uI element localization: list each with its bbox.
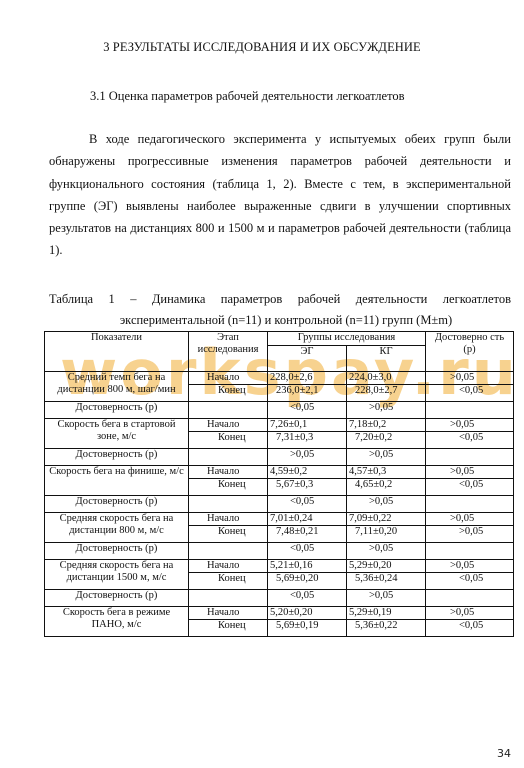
p-value-cell: >0,05	[426, 526, 514, 543]
reliability-label-cell: Достоверность (р)	[45, 543, 189, 560]
kg-value-cell: 5,36±0,24	[347, 573, 426, 590]
eg-value-cell: 236,0±2,1	[268, 385, 347, 402]
reliability-label-cell: Достоверность (р)	[45, 496, 189, 513]
eg-value-cell: 228,0±2,6	[268, 372, 347, 385]
paragraph-text: В ходе педагогического эксперимента у ис…	[49, 132, 511, 257]
document-page: 3 РЕЗУЛЬТАТЫ ИССЛЕДОВАНИЯ И ИХ ОБСУЖДЕНИ…	[0, 0, 524, 768]
section-title: 3.1 Оценка параметров рабочей деятельнос…	[90, 89, 405, 104]
eg-reliability-cell: >0,05	[268, 449, 347, 466]
kg-value-cell: 5,29±0,20	[347, 560, 426, 573]
kg-reliability-cell: >0,05	[347, 402, 426, 419]
table-row-start: Скорость бега на финише, м/сНачало4,59±0…	[45, 466, 514, 479]
table-caption-line-2: экспериментальной (n=11) и контрольной (…	[49, 310, 511, 331]
chapter-title: 3 РЕЗУЛЬТАТЫ ИССЛЕДОВАНИЯ И ИХ ОБСУЖДЕНИ…	[0, 40, 524, 55]
p-value-cell: <0,05	[426, 385, 514, 402]
eg-value-cell: 7,48±0,21	[268, 526, 347, 543]
table-caption: Таблица 1 – Динамика параметров рабочей …	[49, 289, 511, 331]
indicator-cell: Скорость бега на финише, м/с	[45, 466, 189, 496]
empty-cell	[189, 449, 268, 466]
eg-reliability-cell: <0,05	[268, 496, 347, 513]
table-row-reliability: Достоверность (р)<0,05>0,05	[45, 402, 514, 419]
p-value-cell: >0,05	[426, 560, 514, 573]
empty-cell	[189, 496, 268, 513]
table-row-start: Средний темп бега на дистанции 800 м, ша…	[45, 372, 514, 385]
eg-reliability-cell: <0,05	[268, 402, 347, 419]
header-reliability: Достоверно сть (р)	[426, 332, 514, 372]
empty-cell	[426, 590, 514, 607]
stage-cell: Конец	[189, 620, 268, 637]
eg-value-cell: 5,20±0,20	[268, 607, 347, 620]
indicator-cell: Средняя скорость бега на дистанции 1500 …	[45, 560, 189, 590]
empty-cell	[426, 496, 514, 513]
indicator-cell: Скорость бега в стартовой зоне, м/с	[45, 419, 189, 449]
kg-value-cell: 5,29±0,19	[347, 607, 426, 620]
eg-value-cell: 5,67±0,3	[268, 479, 347, 496]
empty-cell	[189, 590, 268, 607]
kg-reliability-cell: >0,05	[347, 496, 426, 513]
p-value-cell: <0,05	[426, 432, 514, 449]
table-row-start: Средняя скорость бега на дистанции 1500 …	[45, 560, 514, 573]
table-row-reliability: Достоверность (р)<0,05>0,05	[45, 590, 514, 607]
empty-cell	[426, 449, 514, 466]
p-value-cell: >0,05	[426, 372, 514, 385]
stage-cell: Конец	[189, 573, 268, 590]
reliability-label-cell: Достоверность (р)	[45, 402, 189, 419]
indicator-cell: Скорость бега в режиме ПАНО, м/с	[45, 607, 189, 637]
table-body: Средний темп бега на дистанции 800 м, ша…	[45, 372, 514, 637]
eg-value-cell: 5,69±0,19	[268, 620, 347, 637]
p-value-cell: >0,05	[426, 419, 514, 432]
kg-reliability-cell: >0,05	[347, 543, 426, 560]
reliability-label-cell: Достоверность (р)	[45, 449, 189, 466]
kg-reliability-cell: >0,05	[347, 449, 426, 466]
empty-cell	[426, 402, 514, 419]
kg-reliability-cell: >0,05	[347, 590, 426, 607]
stage-cell: Конец	[189, 479, 268, 496]
table-row-reliability: Достоверность (р)<0,05>0,05	[45, 496, 514, 513]
header-indicators: Показатели	[45, 332, 189, 372]
kg-value-cell: 228,0±2,7	[347, 385, 426, 402]
kg-value-cell: 4,65±0,2	[347, 479, 426, 496]
stage-cell: Начало	[189, 513, 268, 526]
stage-cell: Начало	[189, 372, 268, 385]
kg-value-cell: 7,20±0,2	[347, 432, 426, 449]
empty-cell	[189, 543, 268, 560]
kg-value-cell: 224,0±3,0	[347, 372, 426, 385]
stage-cell: Начало	[189, 607, 268, 620]
eg-value-cell: 7,31±0,3	[268, 432, 347, 449]
header-eg: ЭГ	[268, 346, 347, 372]
stage-cell: Начало	[189, 419, 268, 432]
eg-value-cell: 5,69±0,20	[268, 573, 347, 590]
table-row-start: Скорость бега в режиме ПАНО, м/сНачало5,…	[45, 607, 514, 620]
eg-reliability-cell: <0,05	[268, 590, 347, 607]
indicator-cell: Средний темп бега на дистанции 800 м, ша…	[45, 372, 189, 402]
stage-cell: Конец	[189, 526, 268, 543]
table-row-reliability: Достоверность (р)<0,05>0,05	[45, 543, 514, 560]
page-number: 34	[497, 747, 511, 760]
stage-cell: Конец	[189, 385, 268, 402]
eg-reliability-cell: <0,05	[268, 543, 347, 560]
p-value-cell: <0,05	[426, 479, 514, 496]
stage-cell: Конец	[189, 432, 268, 449]
empty-cell	[189, 402, 268, 419]
header-groups: Группы исследования	[268, 332, 426, 346]
p-value-cell: <0,05	[426, 573, 514, 590]
table-row-start: Средняя скорость бега на дистанции 800 м…	[45, 513, 514, 526]
stage-cell: Начало	[189, 560, 268, 573]
stage-cell: Начало	[189, 466, 268, 479]
kg-value-cell: 7,09±0,22	[347, 513, 426, 526]
empty-cell	[426, 543, 514, 560]
p-value-cell: >0,05	[426, 513, 514, 526]
table-row-start: Скорость бега в стартовой зоне, м/сНачал…	[45, 419, 514, 432]
p-value-cell: >0,05	[426, 466, 514, 479]
eg-value-cell: 7,26±0,1	[268, 419, 347, 432]
kg-value-cell: 4,57±0,3	[347, 466, 426, 479]
reliability-label-cell: Достоверность (р)	[45, 590, 189, 607]
results-table: Показатели Этап исследования Группы иссл…	[44, 331, 514, 637]
body-paragraph: В ходе педагогического эксперимента у ис…	[49, 128, 511, 262]
header-stage: Этап исследования	[189, 332, 268, 372]
eg-value-cell: 4,59±0,2	[268, 466, 347, 479]
eg-value-cell: 5,21±0,16	[268, 560, 347, 573]
kg-value-cell: 5,36±0,22	[347, 620, 426, 637]
kg-value-cell: 7,18±0,2	[347, 419, 426, 432]
kg-value-cell: 7,11±0,20	[347, 526, 426, 543]
table-row-reliability: Достоверность (р)>0,05>0,05	[45, 449, 514, 466]
header-kg: КГ	[347, 346, 426, 372]
p-value-cell: >0,05	[426, 607, 514, 620]
eg-value-cell: 7,01±0,24	[268, 513, 347, 526]
indicator-cell: Средняя скорость бега на дистанции 800 м…	[45, 513, 189, 543]
table-caption-line-1: Таблица 1 – Динамика параметров рабочей …	[49, 289, 511, 310]
p-value-cell: <0,05	[426, 620, 514, 637]
